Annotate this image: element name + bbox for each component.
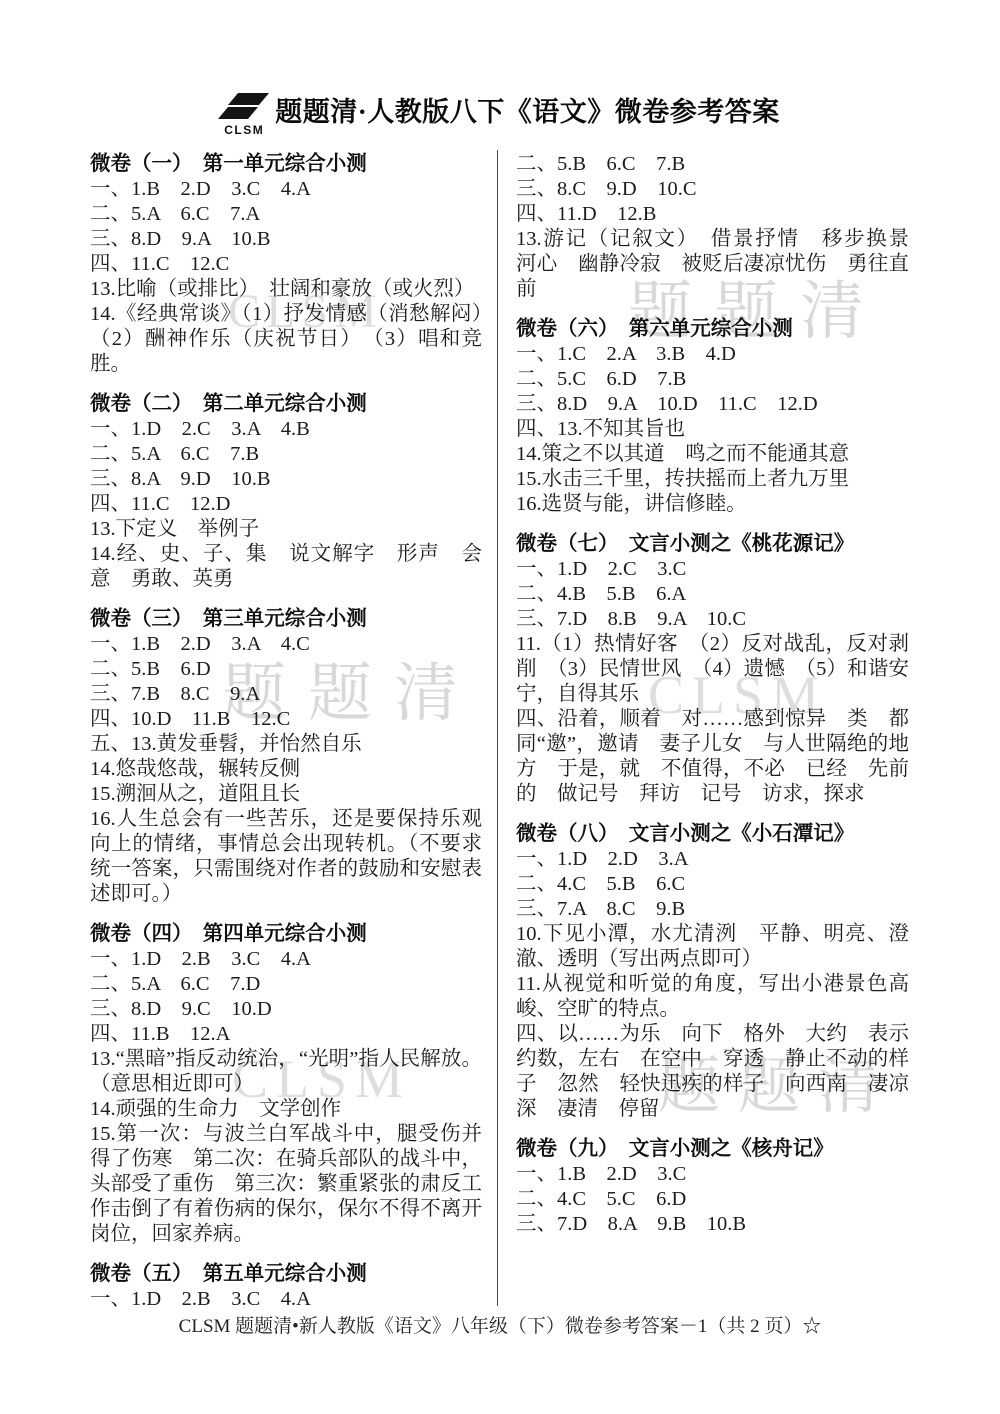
answer-line: 15.水击三千里，抟扶摇而上者九万里 xyxy=(516,467,909,492)
page-header: CLSM 题题清·人教版八下《语文》微卷参考答案 xyxy=(0,90,1000,136)
answer-line: 14.《经典常谈》（1）抒发情感（消愁解闷） （2）酬神作乐（庆祝节日） （3）… xyxy=(90,302,482,377)
answer-line: 三、7.B 8.C 9.A xyxy=(90,682,482,707)
answer-line: 二、5.B 6.D xyxy=(90,657,482,682)
answer-section: 微卷（六） 第六单元综合小测一、1.C 2.A 3.B 4.D二、5.C 6.D… xyxy=(516,317,909,517)
answer-line: 四、11.C 12.D xyxy=(90,492,482,517)
answer-section: 微卷（三） 第三单元综合小测一、1.B 2.D 3.A 4.C二、5.B 6.D… xyxy=(90,607,482,907)
answer-line: 四、11.C 12.C xyxy=(90,252,482,277)
answer-line: 三、7.D 8.B 9.A 10.C xyxy=(516,607,909,632)
answer-section: 微卷（七） 文言小测之《桃花源记》一、1.D 2.C 3.C二、4.B 5.B … xyxy=(516,532,909,807)
answer-section: 微卷（二） 第二单元综合小测一、1.D 2.C 3.A 4.B二、5.A 6.C… xyxy=(90,392,482,592)
clsm-logo: CLSM xyxy=(220,90,268,136)
answer-line: 四、10.D 11.B 12.C xyxy=(90,707,482,732)
page-footer: CLSM 题题清•新人教版《语文》八年级（下）微卷参考答案－1（共 2 页）☆ xyxy=(0,1311,1000,1338)
answer-section: 二、5.B 6.C 7.B三、8.C 9.D 10.C四、11.D 12.B13… xyxy=(516,152,909,302)
answer-key-page: CLSM题题清题题清CLSMCLSM题题清 CLSM 题题清·人教版八下《语文》… xyxy=(0,0,1000,1414)
answer-line: 四、11.B 12.A xyxy=(90,1022,482,1047)
answer-line: 16.人生总会有一些苦乐，还是要保持乐观向上的情绪，事情总会出现转机。（不要求统… xyxy=(90,807,482,907)
answer-line: 三、7.A 8.C 9.B xyxy=(516,897,909,922)
answer-line: 一、1.B 2.D 3.A 4.C xyxy=(90,632,482,657)
answer-line: 13.下定义 举例子 xyxy=(90,517,482,542)
answer-line: 10.下见小潭，水尤清洌 平静、明亮、澄澈、透明（写出两点即可） xyxy=(516,922,909,972)
section-title: 微卷（三） 第三单元综合小测 xyxy=(90,607,482,632)
answer-line: 一、1.D 2.B 3.C 4.A xyxy=(90,947,482,972)
section-title: 微卷（一） 第一单元综合小测 xyxy=(90,152,482,177)
page-title: 题题清·人教版八下《语文》微卷参考答案 xyxy=(275,90,780,134)
logo-brand-text: CLSM xyxy=(224,124,264,136)
answer-section: 微卷（八） 文言小测之《小石潭记》一、1.D 2.D 3.A二、4.C 5.B … xyxy=(516,822,909,1122)
answer-line: 三、8.D 9.A 10.D 11.C 12.D xyxy=(516,392,909,417)
answer-line: 二、5.A 6.C 7.D xyxy=(90,972,482,997)
logo-slash-bottom-icon xyxy=(218,107,258,119)
answer-section: 微卷（一） 第一单元综合小测一、1.B 2.D 3.C 4.A二、5.A 6.C… xyxy=(90,152,482,377)
answer-line: 二、5.A 6.C 7.B xyxy=(90,442,482,467)
answer-line: 一、1.D 2.C 3.C xyxy=(516,557,909,582)
answer-line: 三、8.A 9.D 10.B xyxy=(90,467,482,492)
answer-section: 微卷（四） 第四单元综合小测一、1.D 2.B 3.C 4.A二、5.A 6.C… xyxy=(90,922,482,1247)
answer-line: 14.悠哉悠哉，辗转反侧 xyxy=(90,757,482,782)
answer-line: 一、1.D 2.C 3.A 4.B xyxy=(90,417,482,442)
answer-line: 13.“黑暗”指反动统治，“光明”指人民解放。（意思相近即可） xyxy=(90,1047,482,1097)
answer-line: 一、1.C 2.A 3.B 4.D xyxy=(516,342,909,367)
logo-slash-top-icon xyxy=(228,93,269,105)
answer-line: 一、1.B 2.D 3.C 4.A xyxy=(90,177,482,202)
answer-line: 四、以……为乐 向下 格外 大约 表示约数，左右 在空中 穿透 静止不动的样子 … xyxy=(516,1022,909,1122)
answer-line: 四、13.不知其旨也 xyxy=(516,417,909,442)
answer-line: 15.溯洄从之，道阻且长 xyxy=(90,782,482,807)
answer-line: 一、1.D 2.B 3.C 4.A xyxy=(90,1287,482,1312)
answer-line: 11.从视觉和听觉的角度，写出小港景色高峻、空旷的特点。 xyxy=(516,972,909,1022)
answer-line: 一、1.D 2.D 3.A xyxy=(516,847,909,872)
section-title: 微卷（七） 文言小测之《桃花源记》 xyxy=(516,532,909,557)
section-title: 微卷（四） 第四单元综合小测 xyxy=(90,922,482,947)
right-column: 二、5.B 6.C 7.B三、8.C 9.D 10.C四、11.D 12.B13… xyxy=(516,148,909,1237)
answer-line: 13.游记（记叙文） 借景抒情 移步换景 河心 幽静冷寂 被贬后凄凉忧伤 勇往直… xyxy=(516,227,909,302)
answer-line: 14.经、史、子、集 说文解字 形声 会意 勇敢、英勇 xyxy=(90,542,482,592)
answer-line: 三、8.D 9.C 10.D xyxy=(90,997,482,1022)
answer-line: 二、5.C 6.D 7.B xyxy=(516,367,909,392)
answer-line: 五、13.黄发垂髫，并怡然自乐 xyxy=(90,732,482,757)
footer-text: CLSM 题题清•新人教版《语文》八年级（下）微卷参考答案－1（共 2 页）☆ xyxy=(179,1316,822,1337)
left-column: 微卷（一） 第一单元综合小测一、1.B 2.D 3.C 4.A二、5.A 6.C… xyxy=(90,148,482,1312)
answer-line: 四、沿着，顺着 对……感到惊异 类 都 同“邀”，邀请 妻子儿女 与人世隔绝的地… xyxy=(516,707,909,807)
answer-section: 微卷（九） 文言小测之《核舟记》一、1.B 2.D 3.C二、4.C 5.C 6… xyxy=(516,1137,909,1237)
answer-line: 二、4.C 5.B 6.C xyxy=(516,872,909,897)
section-title: 微卷（二） 第二单元综合小测 xyxy=(90,392,482,417)
answer-section: 微卷（五） 第五单元综合小测一、1.D 2.B 3.C 4.A xyxy=(90,1262,482,1312)
answer-line: 15.第一次：与波兰白军战斗中，腿受伤并得了伤寒 第二次：在骑兵部队的战斗中，头… xyxy=(90,1122,482,1247)
answer-line: 二、4.B 5.B 6.A xyxy=(516,582,909,607)
answer-line: 四、11.D 12.B xyxy=(516,202,909,227)
section-title: 微卷（八） 文言小测之《小石潭记》 xyxy=(516,822,909,847)
answer-line: 14.顽强的生命力 文学创作 xyxy=(90,1097,482,1122)
answer-line: 二、5.B 6.C 7.B xyxy=(516,152,909,177)
answer-line: 11.（1）热情好客 （2）反对战乱，反对剥削 （3）民情世风 （4）遗憾 （5… xyxy=(516,632,909,707)
answer-line: 二、5.A 6.C 7.A xyxy=(90,202,482,227)
answer-line: 三、8.C 9.D 10.C xyxy=(516,177,909,202)
answer-line: 二、4.C 5.C 6.D xyxy=(516,1187,909,1212)
answer-line: 三、8.D 9.A 10.B xyxy=(90,227,482,252)
answer-line: 一、1.B 2.D 3.C xyxy=(516,1162,909,1187)
section-title: 微卷（五） 第五单元综合小测 xyxy=(90,1262,482,1287)
logo-book-icon xyxy=(220,93,268,122)
answer-line: 16.选贤与能，讲信修睦。 xyxy=(516,492,909,517)
section-title: 微卷（九） 文言小测之《核舟记》 xyxy=(516,1137,909,1162)
answer-line: 13.比喻（或排比） 壮阔和豪放（或火烈） xyxy=(90,277,482,302)
section-title: 微卷（六） 第六单元综合小测 xyxy=(516,317,909,342)
answer-line: 14.策之不以其道 鸣之而不能通其意 xyxy=(516,442,909,467)
answer-line: 三、7.D 8.A 9.B 10.B xyxy=(516,1212,909,1237)
